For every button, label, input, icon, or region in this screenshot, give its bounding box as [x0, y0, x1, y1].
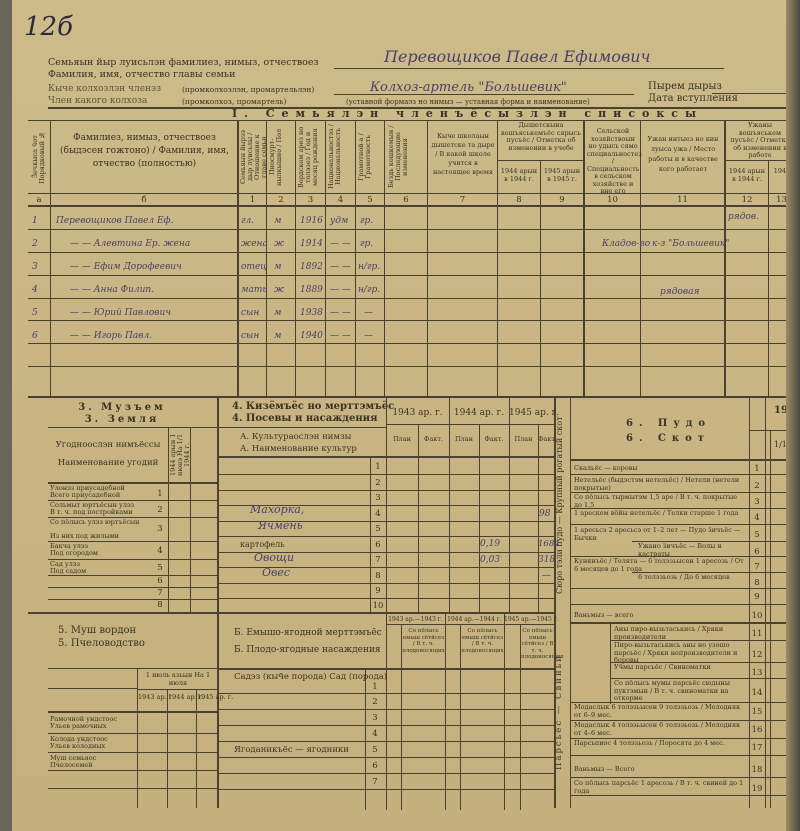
binding-edge — [786, 0, 800, 831]
col-header-a: Ӟечкыса ӵот Порядковый № — [32, 124, 48, 190]
col-num-4: 4 — [326, 195, 355, 205]
col-header-10: Сельской хозяйствоын но удысь сямо специ… — [587, 128, 639, 196]
orchard-year-1944: 1944 ар.—1944 г. — [445, 615, 504, 625]
form-text: 1916 — [300, 216, 323, 226]
form-text: 1 — [749, 464, 765, 474]
sectionB-title-komi: Б. Емышо-ягодной мерттэмъёс — [234, 628, 382, 638]
form-text: 6 толэзьозь / До 6 месяцев — [638, 574, 748, 582]
orchard-row-num: 2 — [365, 697, 385, 707]
form-text: Ульев рамочных — [50, 723, 106, 731]
rule-line — [570, 795, 794, 796]
rule-line — [48, 668, 218, 669]
rule-line — [219, 598, 554, 599]
form-text: Из них под жилыми — [50, 533, 119, 541]
form-text: 2 — [152, 505, 168, 515]
form-text: Со пӧлысь парсьёс 1 аресозь / В т. ч. св… — [574, 780, 746, 795]
form-text: 3 — [152, 524, 168, 534]
rule-line — [28, 366, 794, 367]
form-text: 10 — [749, 611, 765, 621]
rule-line — [138, 689, 218, 690]
rule-line — [610, 624, 611, 704]
crop-row-num: 10 — [370, 601, 386, 611]
form-text: м — [274, 308, 281, 318]
col-header-11: Ужан интыез но кин луыса ужа / Место раб… — [644, 134, 722, 174]
orchard-berries-label: Ягоданикъёс — ягодники — [234, 745, 349, 755]
rule-line — [219, 773, 554, 774]
form-text: — — — [330, 331, 351, 341]
rule-line — [48, 587, 218, 588]
orchard-fruit-col: Со пӧлысь емыш сётӥсез / В т. ч. плодоно… — [521, 628, 554, 661]
form-text: Аны пиро-вызьтаськись / Хряки производит… — [614, 626, 746, 641]
form-text: гр. — [360, 216, 373, 226]
form-text: 1892 — [300, 262, 323, 272]
col-num-10: 10 — [585, 195, 640, 205]
col-group-8-9: Дышетскына вошъяськемъёс сярысь пусъёс /… — [500, 122, 582, 152]
form-text: картофель — [240, 540, 285, 550]
form-text: 5 — [370, 524, 386, 534]
form-text: Овес — [262, 568, 290, 578]
kolkhoz-label-ru-paren: (промколхоз, промартель) — [182, 97, 286, 107]
rule-line — [50, 120, 51, 396]
form-text: Уӵмы парсьёс / Свиноматки — [614, 664, 746, 672]
kolkhoz-label-komi-paren: (промколхозлэн, промартельлэн) — [182, 85, 314, 95]
form-text: В т. ч. под постройками — [50, 509, 133, 517]
form-text: мать — [241, 285, 267, 295]
col-num-6: 6 — [385, 195, 427, 205]
form-text: 2 — [32, 239, 38, 249]
rule-line — [570, 604, 794, 605]
rule-line — [219, 789, 554, 790]
rule-line — [28, 275, 794, 276]
rule-line — [386, 424, 554, 425]
rule-line — [28, 229, 794, 230]
form-text: Пчелосемей — [50, 762, 93, 770]
form-text: жена — [241, 239, 268, 249]
form-text: Ульев колодных — [50, 743, 105, 751]
form-text: 1940 — [300, 331, 323, 341]
rule-line — [48, 752, 218, 753]
land-row-num: 6 — [152, 576, 168, 586]
section4-title-ru: 4. Посевы и насаждения — [232, 414, 377, 424]
form-text: 5 — [32, 308, 38, 318]
bee-col-group: 1 июль азьын На 1 июля — [138, 672, 218, 687]
col-num-2: 2 — [267, 195, 295, 205]
rule-line — [219, 490, 554, 491]
crops-sub-ru: А. Наименование культур — [240, 444, 357, 454]
rule-line — [583, 120, 585, 396]
rule-line — [295, 120, 296, 396]
form-text: 8 — [370, 571, 386, 581]
crops-year-1943: 1943 ар. г. — [386, 408, 449, 418]
form-text: 5 — [152, 563, 168, 573]
form-text: 7 — [370, 555, 386, 565]
form-text: 6 — [370, 540, 386, 550]
col-num-9: 9 — [541, 195, 583, 205]
form-text: 1914 — [300, 239, 323, 249]
form-text: 18 — [749, 765, 765, 775]
form-text: 0,03 — [480, 555, 500, 565]
rule-line — [724, 160, 794, 161]
fact-header: Факт. — [538, 436, 554, 444]
form-text: 1 арескем вӧйы нетельёс / Телки старше 1… — [574, 510, 744, 518]
member-name: — — Анна Филип. — [70, 285, 154, 295]
col-header-8: 1944 арын в 1944 г. — [500, 168, 538, 183]
rule-line — [504, 614, 505, 810]
rule-line — [219, 693, 554, 694]
rule-line — [219, 757, 554, 758]
form-text: Под огородом — [50, 550, 98, 558]
crop-row-num: 1 — [370, 462, 386, 472]
form-text: 17 — [749, 743, 765, 753]
crop-row-num: 3 — [370, 493, 386, 503]
rule-line — [48, 575, 218, 576]
rule-line — [28, 612, 554, 614]
rule-line — [219, 709, 554, 710]
form-text: — — [542, 571, 551, 581]
rule-line — [219, 536, 554, 537]
kolkhoz-label-komi: Кыче колхозлэн членэз — [48, 84, 161, 94]
col-header-5: Грамотной-а / Грамотность — [358, 124, 382, 190]
form-text: — — [364, 331, 373, 341]
land-row-num: 7 — [152, 588, 168, 598]
rule-line — [570, 622, 794, 624]
crop-row-num: 2 — [370, 478, 386, 488]
form-text: 98 — [539, 509, 550, 519]
form-text: 2 — [749, 481, 765, 491]
form-text: н/гр. — [358, 285, 380, 295]
rule-line — [724, 120, 726, 396]
form-text: — — [364, 308, 373, 318]
form-text: ж — [274, 285, 284, 295]
rule-line — [28, 298, 794, 299]
form-text: — — — [330, 285, 351, 295]
form-text: 15 — [749, 707, 765, 717]
sectionB-title-ru: Б. Плодо-ягодные насаждения — [234, 645, 381, 655]
form-text: 6 — [32, 331, 38, 341]
form-text: Кладов-во — [602, 239, 650, 249]
kolkhoz-label-ru: Член какого колхоза — [48, 96, 147, 106]
section5-title-ru: 5. Пчеловодство — [58, 639, 145, 649]
rule-line — [355, 120, 356, 396]
rule-line — [712, 93, 792, 94]
form-text: к-з "Большевик" — [652, 239, 729, 249]
orchard-row-num: 5 — [365, 745, 385, 755]
form-text: Модаслык 4 толэзьысен 6 толэзьозь / Моло… — [574, 722, 746, 737]
form-text: 4 — [749, 513, 765, 523]
head-label-ru: Фамилия, имя, отчество главы семьи — [48, 70, 235, 80]
form-text: 0,19 — [480, 539, 500, 549]
col-header-6: Бездь кошкемын / Последующие изменения — [388, 124, 424, 190]
orchard-row-1-label: Садэз (кыӵе порода) Сад (порода) — [234, 672, 387, 682]
orchard-row-num: 7 — [365, 777, 385, 787]
form-text: Парсьпиос 4 толэзьозь / Поросята до 4 ме… — [574, 740, 746, 748]
crops-year-1945: 1945 ар. г. — [509, 408, 554, 418]
rule-line — [196, 689, 197, 808]
form-text: Овощи — [254, 553, 294, 563]
rule-line — [427, 120, 428, 396]
col-num-8: 8 — [498, 195, 540, 205]
rule-line — [219, 741, 554, 742]
form-text: 7 — [749, 562, 765, 572]
col-num-b: б — [51, 195, 237, 205]
bee-year-1945: 1945 ар. г. — [197, 694, 218, 702]
rule-line — [219, 474, 554, 475]
page-number-note: 12б — [24, 12, 73, 42]
livestock-subcol-1: 1/1 — [774, 440, 787, 450]
form-text: гр. — [360, 239, 373, 249]
form-text: сын — [241, 308, 259, 318]
section4-title-komi: 4. Кизёмъёс но мерттэмъёс — [232, 402, 394, 412]
rule-line — [334, 68, 724, 69]
rule-line — [219, 668, 554, 670]
bee-year-1943: 1943 ар. г. — [138, 694, 167, 702]
form-text: — — — [330, 239, 351, 249]
fact-header: Факт. — [418, 436, 449, 444]
col-header-3: Вордскем арез но толэзез / Год и месяц р… — [298, 124, 323, 190]
form-text: 12 — [749, 650, 765, 660]
member-name: — — Ефим Дорофеевич — [70, 262, 182, 272]
form-text: м — [274, 331, 281, 341]
form-text: Со пӧлысь улэз юртъёсын — [50, 519, 140, 527]
rule-line — [28, 320, 794, 321]
rule-line — [570, 755, 794, 756]
rule-line — [48, 688, 137, 689]
form-text: ж — [274, 239, 284, 249]
rule-line — [445, 614, 446, 810]
orchard-year-1945: 1945 ар.—1945 г. — [504, 615, 554, 625]
section6-title-ru: 6. Скот — [626, 433, 710, 445]
col-num-a: a — [28, 195, 50, 205]
plan-header: План — [386, 436, 418, 444]
rule-line — [28, 252, 794, 253]
form-text: Всего приусадебной — [50, 492, 120, 500]
land-row-num: 8 — [152, 600, 168, 610]
form-text: Кунянъёс / Телята — 6 толэзьысен 1 аресо… — [574, 558, 746, 573]
section6-title-komi: 6. Пудо — [626, 418, 711, 430]
col-num-7: 7 — [428, 195, 497, 205]
form-text: Со пӧлысь мумы парсьёс сюдыны пуктэмын /… — [614, 680, 746, 703]
head-label-komi: Семьяын йыр луисьлэн фамилиез, нимыз, от… — [48, 58, 319, 68]
rule-line — [28, 343, 794, 344]
col-header-7: Кыче школаын дышетске та дыре / В какой … — [431, 132, 495, 177]
form-text: 13 — [749, 668, 765, 678]
rule-line — [770, 430, 771, 808]
plan-header: План — [449, 436, 479, 444]
form-text: рядов. — [728, 212, 759, 222]
rule-line — [497, 120, 498, 396]
member-name: — — Игорь Павл. — [70, 331, 152, 341]
member-name: — — Юрий Павлович — [70, 308, 171, 318]
crops-sub-komi: А. Культураослэн нимзы — [240, 432, 351, 442]
form-text: Ваньмыз — всего — [574, 612, 633, 620]
form-text: Ячмень — [258, 521, 303, 531]
form-text: сын — [241, 331, 259, 341]
fact-header: Факт. — [479, 436, 509, 444]
form-text: 1 — [152, 489, 168, 499]
col-header-1: Семьяын йырзэ дыр луисьлы / Отношение к … — [240, 124, 264, 190]
form-text: Махорка, — [250, 505, 304, 515]
land-col-head-ru: Наименование угодий — [48, 458, 168, 468]
form-text: отец — [241, 262, 267, 272]
form-text: 11 — [749, 629, 765, 639]
col-header-2: Пиосмурт-нылкышно / Пол — [269, 124, 293, 190]
member-name: Перевощиков Павел Еф. — [56, 216, 173, 226]
orchard-row-num: 3 — [365, 713, 385, 723]
form-text: Ваньмыз — Всего — [574, 766, 635, 774]
rule-line — [28, 120, 794, 121]
register-page: 12б Семьяын йыр луисьлэн фамилиез, нимыз… — [12, 0, 800, 831]
land-col-date: 1944 арын 1 июнэ На 1/1 1944 г. — [170, 430, 188, 480]
form-text: — — — [330, 308, 351, 318]
col-num-11: 11 — [641, 195, 724, 205]
form-text: 1889 — [300, 285, 323, 295]
rule-line — [48, 711, 218, 713]
form-text: 3 — [749, 497, 765, 507]
entry-date-label-komi: Пырем дырыз — [648, 82, 722, 92]
form-text: Со пӧлысь тырмытэм 1,5 аре / В т. ч. пок… — [574, 494, 744, 509]
form-text: гл. — [241, 216, 254, 226]
form-text: удм — [330, 216, 348, 226]
section3-title-komi: 3. Музъем — [32, 402, 212, 414]
land-col-head-komi: Угодноослэн нимъёссы — [48, 440, 168, 450]
form-text: Скальёс — коровы — [574, 465, 638, 473]
entry-date-label-ru: Дата вступления — [648, 94, 738, 104]
form-text: 8 — [749, 578, 765, 588]
section3-title-ru: 3. Земля — [32, 414, 212, 426]
form-text: 14 — [749, 688, 765, 698]
rule-line — [219, 725, 554, 726]
col-num-1: 1 — [239, 195, 266, 205]
crop-row-num: 9 — [370, 586, 386, 596]
rule-line — [48, 733, 218, 734]
plan-header: План — [509, 436, 538, 444]
col-num-12: 12 — [726, 195, 768, 205]
rule-line — [28, 193, 794, 194]
rule-line — [48, 770, 218, 771]
form-text: 19 — [749, 784, 765, 794]
form-text: м — [274, 262, 281, 272]
kolkhoz-caption: (уставной формаэз но нимыз — уставная фо… — [346, 97, 590, 107]
form-text: Модаслык 6 толэзьысен 9 толэзьозь / Моло… — [574, 704, 746, 719]
col-num-3: 3 — [296, 195, 325, 205]
form-text: 3 — [32, 262, 38, 272]
rule-line — [28, 205, 794, 207]
rule-line — [640, 120, 641, 396]
rule-line — [325, 120, 326, 396]
rule-line — [217, 398, 219, 808]
cattle-side-label: Сюро тэли пудо — Крупный рогатый скот — [556, 405, 570, 605]
form-text: н/гр. — [358, 262, 380, 272]
orchard-year-1943: 1943 ар.—1943 г. — [386, 615, 445, 625]
form-text: 4 — [152, 546, 168, 556]
pigs-side-label: Парсьёс — Свиньи — [556, 620, 570, 805]
rule-line — [48, 599, 218, 600]
col-group-12-13: Ужаны вошъяськем пусъёс / Отметка об изм… — [728, 122, 792, 160]
rule-line — [570, 777, 794, 778]
rule-line — [219, 583, 554, 584]
rule-line — [570, 588, 794, 589]
orchard-row-num: 4 — [365, 729, 385, 739]
form-text: 1 — [32, 216, 38, 226]
rule-line — [219, 427, 386, 428]
section5-title-komi: 5. Муш вордон — [58, 626, 136, 636]
rule-line — [384, 120, 385, 396]
orchard-fruit-col: Со пӧлысь емыш сётӥсез / В т. ч. плодоно… — [402, 628, 445, 654]
col-header-4: Национальностэз / Национальность — [328, 124, 353, 190]
form-text: 5 — [749, 530, 765, 540]
form-text: — — — [330, 262, 351, 272]
member-name: — — Алевтина Ер. жена — [70, 239, 190, 249]
form-text: 4 — [32, 285, 38, 295]
rule-line — [48, 788, 218, 789]
form-text: 9 — [749, 592, 765, 602]
form-text: м — [274, 216, 281, 226]
rule-line — [570, 524, 794, 525]
crops-year-1944: 1944 ар. г. — [449, 408, 509, 418]
col-header-9: 1945 арын в 1945 г. — [542, 168, 582, 183]
bee-year-1944: 1944 ар. г. — [168, 694, 196, 702]
orchard-fruit-col: Со пӧлысь емыш сётӥсез / В т. ч. плодоно… — [461, 628, 504, 654]
form-text: 1938 — [300, 308, 323, 318]
rule-line — [497, 160, 584, 161]
rule-line — [48, 427, 218, 428]
orchard-row-num: 6 — [365, 761, 385, 771]
rule-line — [570, 459, 794, 461]
form-text: 16 — [749, 725, 765, 735]
form-text: рядовая — [660, 287, 699, 297]
col-header-12: 1944 арын в 1944 г. — [727, 168, 767, 183]
col-header-b: Фамилиез, нимыз, отчествоез (быдэсен гож… — [57, 132, 232, 171]
section1-title: I. Семьялэн членъёсызлэн списоксы — [232, 109, 703, 119]
rule-line — [570, 474, 794, 475]
form-text: 1 аресьсэ 2 аресьсэ от 1–2 лет — Пудо ӟи… — [574, 527, 744, 542]
form-text: Нетельёс (быдэстэм нетельёс) / Нетели (н… — [574, 477, 744, 492]
form-text: 4 — [370, 509, 386, 519]
col-num-5: 5 — [356, 195, 384, 205]
rule-line — [28, 396, 794, 398]
rule-line — [167, 689, 168, 808]
head-name-value: Перевощиков Павел Ефимович — [384, 47, 651, 66]
orchard-row-num: 1 — [365, 682, 385, 692]
kolkhoz-value: Колхоз-артель "Большевик" — [370, 80, 567, 95]
form-text: 318 — [538, 555, 555, 565]
rule-line — [386, 614, 387, 810]
